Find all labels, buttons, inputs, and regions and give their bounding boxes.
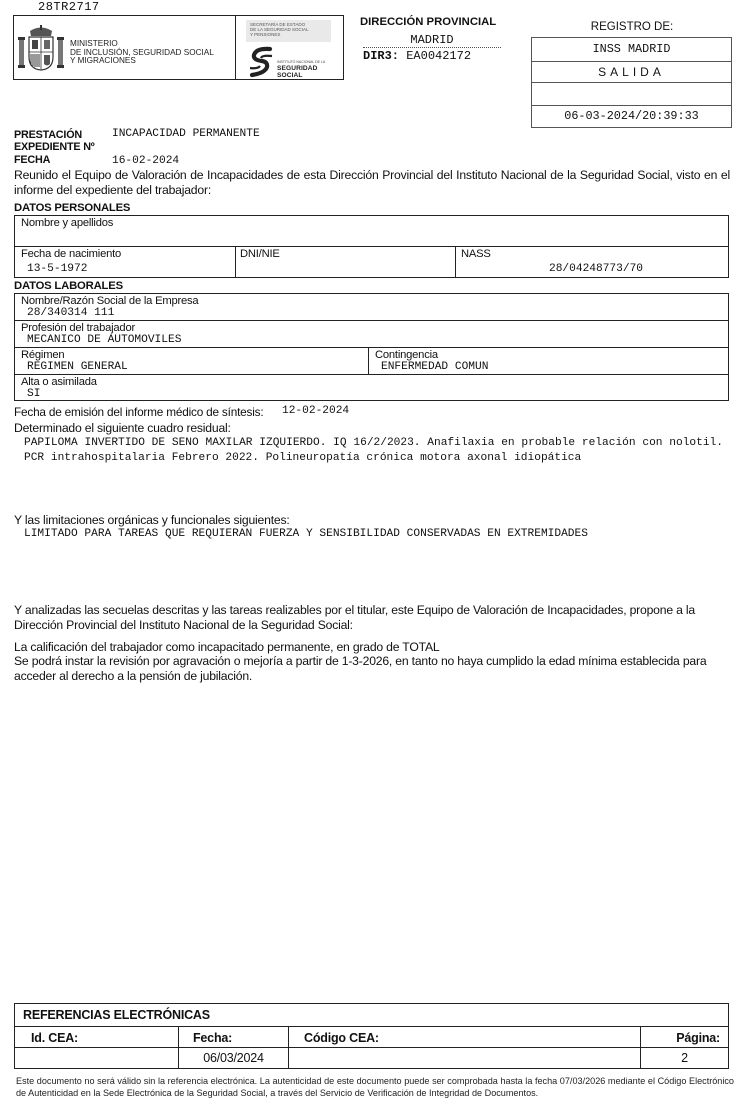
secretaria-estado-box: SECRETARÍA DE ESTADO DE LA SEGURIDAD SOC… [246,20,331,42]
institution-logo-box: MINISTERIO DE INCLUSIÓN, SEGURIDAD SOCIA… [13,15,344,80]
fecha-nacimiento-cell: Fecha de nacimiento 13-5-1972 [15,247,235,277]
seguridad-social-name: SEGURIDAD SOCIAL [277,65,343,79]
registro-office: INSS MADRID [532,42,731,56]
ministry-line-3: Y MIGRACIONES [70,57,214,66]
codigo-cea-label: Código CEA: [304,1031,379,1045]
datos-personales-table: Nombre y apellidos Fecha de nacimiento 1… [14,215,729,278]
propuesta-revision: Se podrá instar la revisión por agravaci… [14,654,730,684]
fecha-emision-label: Fecha de emisión del informe médico de s… [14,405,263,419]
alta-cell: Alta o asimilada SI [15,375,728,401]
regimen-value: REGIMEN GENERAL [27,361,128,373]
id-cea-label: Id. CEA: [31,1031,78,1045]
registro-datetime: 06-03-2024/20:39:33 [532,109,731,123]
alta-value: SI [27,388,40,400]
footer-note: Este documento no será válido sin la ref… [16,1075,734,1098]
dir3-code: DIR3: EA0042172 [363,49,471,63]
registro-divider [532,82,731,83]
contingencia-label: Contingencia [375,349,438,361]
direccion-city: MADRID [363,34,501,48]
empresa-cell: Nombre/Razón Social de la Empresa 28/340… [15,294,728,320]
seguridad-social-logo-area: SECRETARÍA DE ESTADO DE LA SEGURIDAD SOC… [237,16,343,78]
row-divider [15,1047,728,1048]
prestacion-value: INCAPACIDAD PERMANENTE [112,128,260,140]
nass-label: NASS [461,248,491,260]
empresa-label: Nombre/Razón Social de la Empresa [21,295,198,307]
secretaria-estado-text: SECRETARÍA DE ESTADO DE LA SEGURIDAD SOC… [250,22,309,37]
expediente-label: EXPEDIENTE Nº [14,141,95,153]
limitaciones-value: LIMITADO PARA TAREAS QUE REQUIERAN FUERZ… [24,528,588,540]
intro-text: Reunido el Equipo de Valoración de Incap… [14,168,730,198]
ministry-name: MINISTERIO DE INCLUSIÓN, SEGURIDAD SOCIA… [70,40,214,66]
cuadro-residual-value: PAPILOMA INVERTIDO DE SENO MAXILAR IZQUI… [24,436,723,465]
coat-of-arms-icon [18,25,64,71]
registro-divider [532,61,731,62]
contingencia-value: ENFERMEDAD COMUN [381,361,488,373]
row-divider [15,1026,728,1027]
fecha-ref-value: 06/03/2024 [179,1051,288,1065]
registro-type: SALIDA [532,65,731,79]
referencias-electronicas-box: REFERENCIAS ELECTRÓNICAS Id. CEA: Fecha:… [14,1003,729,1069]
fecha-emision-value: 12-02-2024 [282,405,349,417]
fecha-ref-label: Fecha: [193,1031,232,1045]
prestacion-label: PRESTACIÓN [14,129,82,141]
empresa-value: 28/340314 111 [27,307,114,319]
dir3-value: EA0042172 [406,49,471,63]
alta-label: Alta o asimilada [21,376,97,388]
fecha-label: FECHA [14,154,50,166]
regimen-cell: Régimen REGIMEN GENERAL [15,348,368,374]
profesion-value: MECANICO DE AUTOMOVILES [27,334,181,346]
document-code: 28TR2717 [38,0,100,14]
cuadro-residual-label: Determinado el siguiente cuadro residual… [14,421,231,435]
propuesta-intro: Y analizadas las secuelas descritas y la… [14,603,730,633]
regimen-label: Régimen [21,349,64,361]
referencias-title: REFERENCIAS ELECTRÓNICAS [23,1008,210,1022]
propuesta-calificacion: La calificación del trabajador como inca… [14,640,730,655]
datos-personales-title: DATOS PERSONALES [14,202,130,214]
nombre-label: Nombre y apellidos [21,217,113,229]
nass-value: 28/04248773/70 [549,263,643,275]
contingencia-cell: Contingencia ENFERMEDAD COMUN [369,348,728,374]
fecha-value: 16-02-2024 [112,155,179,167]
seguridad-social-logo-icon [248,46,274,78]
pagina-label: Página: [676,1031,720,1045]
fecha-nacimiento-value: 13-5-1972 [27,263,87,275]
direccion-provincial-title: DIRECCIÓN PROVINCIAL [360,16,496,28]
profesion-cell: Profesión del trabajador MECANICO DE AUT… [15,321,728,347]
limitaciones-label: Y las limitaciones orgánicas y funcional… [14,513,290,527]
registro-divider [532,105,731,106]
dir3-label: DIR3: [363,49,399,63]
dni-label: DNI/NIE [240,248,280,260]
registro-title: REGISTRO DE: [532,21,732,33]
pagina-value: 2 [641,1051,728,1065]
inss-label: INSTITUTO NACIONAL DE LA [277,60,325,64]
secretaria-line-3: Y PENSIONES [250,32,309,37]
datos-laborales-title: DATOS LABORALES [14,280,123,292]
nass-cell: NASS 28/04248773/70 [456,247,728,277]
logo-divider [235,16,236,79]
registro-box: INSS MADRID SALIDA 06-03-2024/20:39:33 [531,37,732,128]
fecha-nacimiento-label: Fecha de nacimiento [21,248,121,260]
nombre-cell: Nombre y apellidos [15,216,728,247]
dni-cell: DNI/NIE [236,247,455,277]
datos-laborales-table: Nombre/Razón Social de la Empresa 28/340… [14,293,729,401]
profesion-label: Profesión del trabajador [21,322,135,334]
